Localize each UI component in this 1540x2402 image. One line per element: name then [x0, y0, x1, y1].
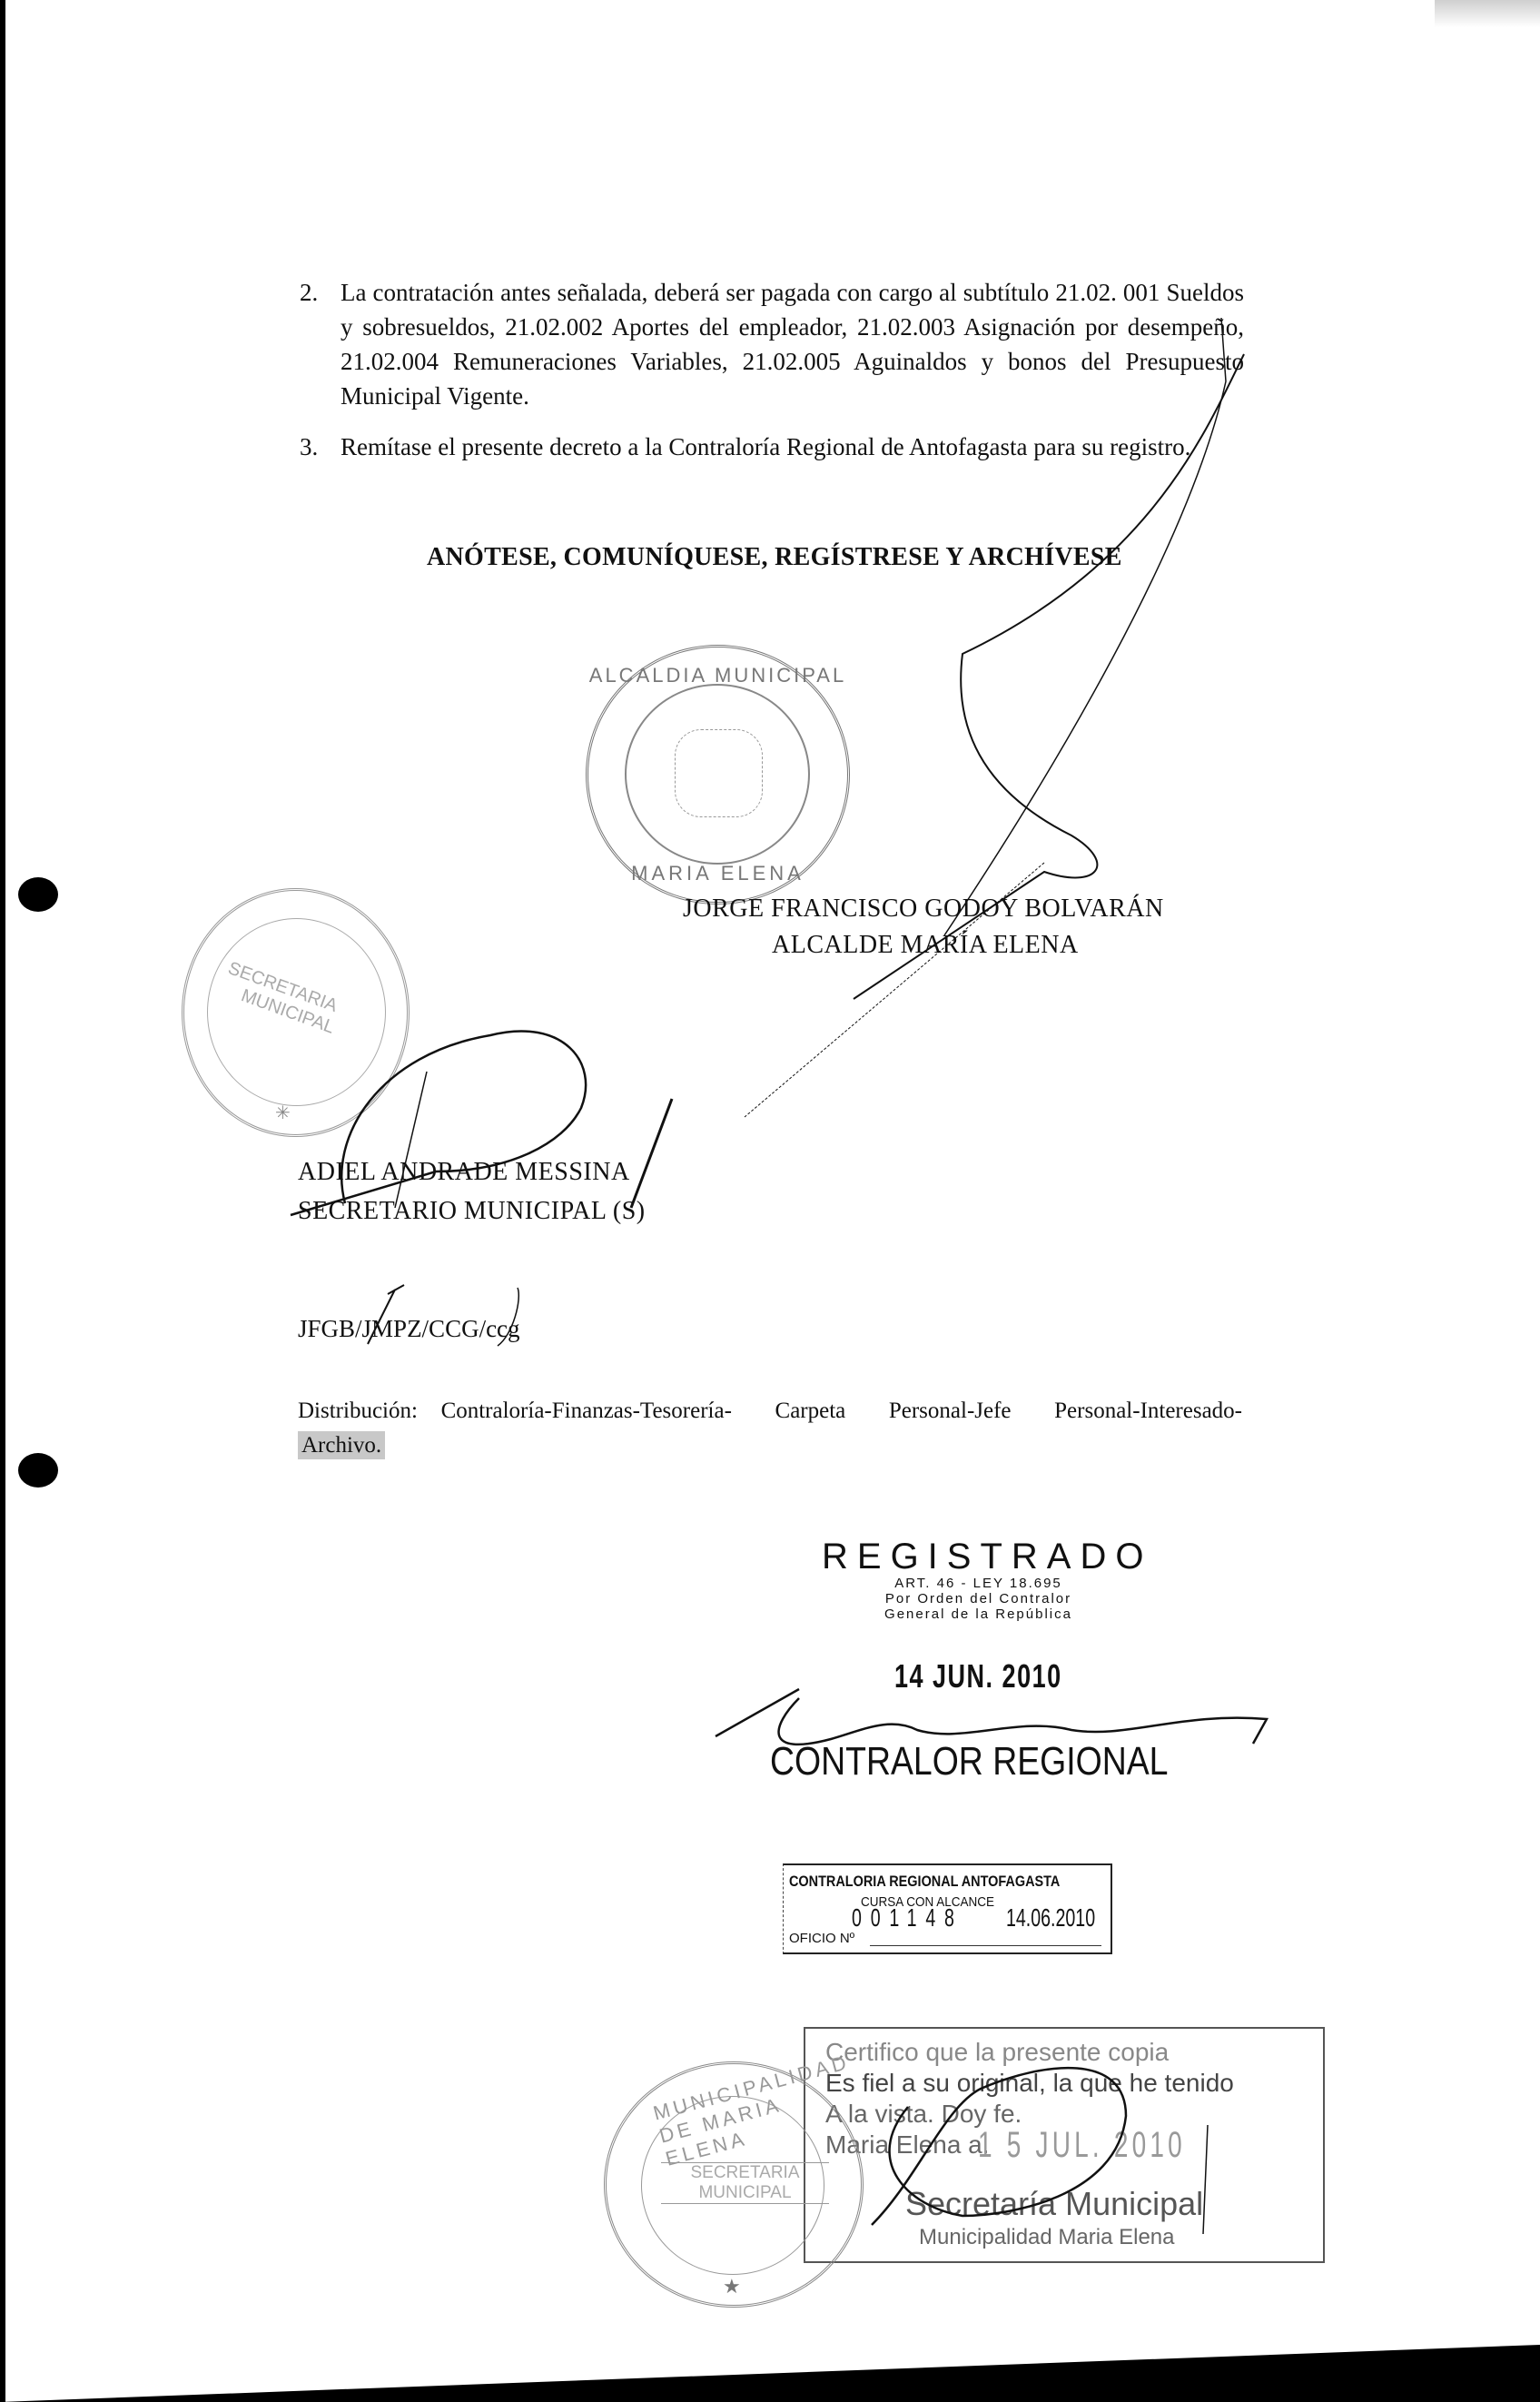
handwritten-signatures: [0, 0, 1540, 2402]
mayor-signature-stroke: [854, 354, 1244, 999]
scan-dark-band: [0, 2345, 1540, 2402]
